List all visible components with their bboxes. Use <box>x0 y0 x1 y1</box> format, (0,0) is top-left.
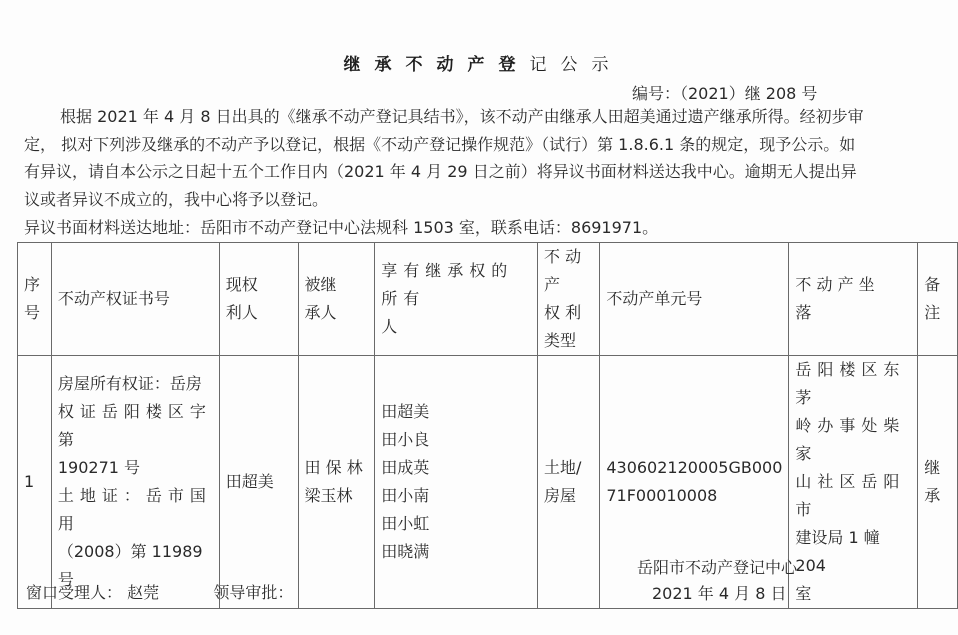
header-heirs: 享有继承权的所有人 <box>375 243 538 356</box>
objection-address: 异议书面材料送达地址：岳阳市不动产登记中心法规科 1503 室，联系电话：869… <box>24 215 658 238</box>
table-header-row: 序号 不动产权证书号 现权利人 被继承人 享有继承权的所有人 不 动产权 利类型… <box>18 243 958 356</box>
header-right-type: 不 动产权 利类型 <box>538 243 600 356</box>
header-remark: 备注 <box>918 243 958 356</box>
footer-signatures: 窗口受理人： 赵莞 领导审批： <box>26 580 293 603</box>
cell-right-type: 土地/ 房屋 <box>538 356 600 609</box>
title-bold-part: 继承不动产登 <box>344 55 530 75</box>
cell-remark: 继 承 <box>918 356 958 609</box>
clerk-name: 赵莞 <box>127 583 159 602</box>
inheritance-table: 序号 不动产权证书号 现权利人 被继承人 享有继承权的所有人 不 动产权 利类型… <box>17 242 958 609</box>
issuer-name: 岳阳市不动产登记中心 <box>637 555 797 578</box>
document-number: 编号：（2021）继 208 号 <box>632 81 817 104</box>
cell-heirs: 田超美 田小良 田成英 田小南 田小虹 田晓满 <box>375 356 538 609</box>
header-location: 不 动 产 坐落 <box>789 243 918 356</box>
cell-cert: 房屋所有权证：岳房 权证岳阳楼区字第 190271 号 土地证：岳市国用 （20… <box>51 356 219 609</box>
header-cert: 不动产权证书号 <box>51 243 219 356</box>
notice-paragraph: 根据 2021 年 4 月 8 日出具的《继承不动产登记具结书》，该不动产由继承… <box>24 103 939 213</box>
approval-label: 领导审批： <box>213 583 293 602</box>
clerk-label: 窗口受理人： <box>26 583 122 602</box>
cell-decedents: 田 保 林 梁玉林 <box>298 356 375 609</box>
cell-seq: 1 <box>18 356 52 609</box>
paragraph-line-4: 议或者异议不成立的，我中心将予以登记。 <box>24 186 939 214</box>
header-seq: 序号 <box>18 243 52 356</box>
header-unit-number: 不动产单元号 <box>600 243 789 356</box>
title-light-part: 记公示 <box>530 55 623 75</box>
paragraph-line-3: 有异议，请自本公示之日起十五个工作日内（2021 年 4 月 29 日之前）将异… <box>24 158 939 186</box>
document-title: 继承不动产登记公示 <box>0 50 958 75</box>
paragraph-line-2: 定， 拟对下列涉及继承的不动产予以登记，根据《不动产登记操作规范》（试行）第 1… <box>24 131 939 159</box>
table-row: 1 房屋所有权证：岳房 权证岳阳楼区字第 190271 号 土地证：岳市国用 （… <box>18 356 958 609</box>
cell-location: 岳阳楼区东茅 岭办事处柴家 山社区岳阳市 建设局 1 幢 204 室 <box>789 356 918 609</box>
header-decedent: 被继承人 <box>298 243 375 356</box>
paragraph-line-1: 根据 2021 年 4 月 8 日出具的《继承不动产登记具结书》，该不动产由继承… <box>24 103 939 131</box>
issue-date: 2021 年 4 月 8 日 <box>652 581 787 604</box>
header-owner: 现权利人 <box>219 243 298 356</box>
cell-owner: 田超美 <box>219 356 298 609</box>
